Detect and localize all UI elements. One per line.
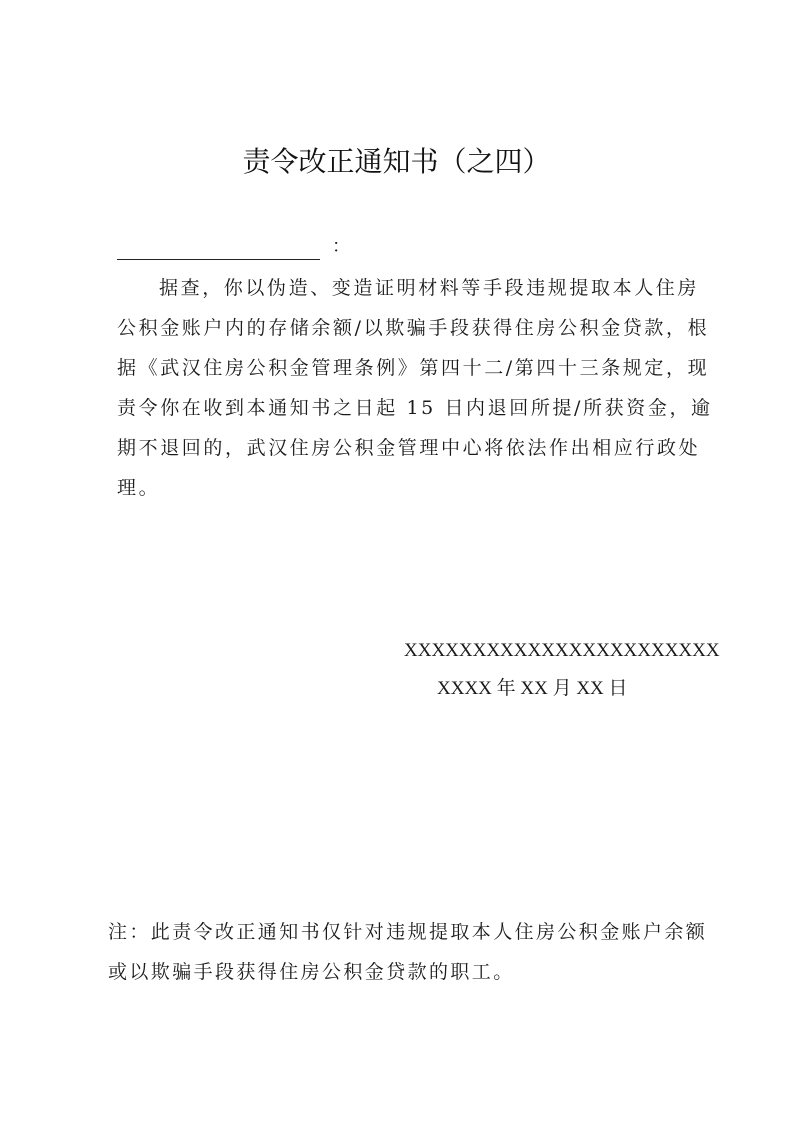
footnote-line: 注：此责令改正通知书仅针对违规提取本人住房公积金账户余额	[108, 912, 698, 952]
notice-body: 据查，你以伪造、变造证明材料等手段违规提取本人住房 公积金账户内的存储余额/以欺…	[117, 268, 695, 508]
body-line: 期不退回的，武汉住房公积金管理中心将依法作出相应行政处	[117, 428, 695, 468]
body-line: 理。	[117, 468, 695, 508]
document-title: 责令改正通知书（之四）	[0, 140, 793, 184]
issuing-organization: XXXXXXXXXXXXXXXXXXXXXXX	[404, 632, 644, 670]
signature-block: XXXXXXXXXXXXXXXXXXXXXXX XXXX 年 XX 月 XX 日	[404, 632, 644, 708]
body-line: 公积金账户内的存储余额/以欺骗手段获得住房公积金贷款，根	[117, 308, 695, 348]
addressee-blank-field	[117, 235, 320, 260]
addressee-line: ：	[117, 232, 350, 260]
addressee-colon: ：	[332, 234, 350, 260]
body-line: 责令你在收到本通知书之日起 15 日内退回所提/所获资金，逾	[117, 388, 695, 428]
issue-date: XXXX 年 XX 月 XX 日	[404, 670, 644, 708]
body-line: 据《武汉住房公积金管理条例》第四十二/第四十三条规定，现	[117, 348, 695, 388]
footnote-line: 或以欺骗手段获得住房公积金贷款的职工。	[108, 952, 698, 992]
footnote: 注：此责令改正通知书仅针对违规提取本人住房公积金账户余额 或以欺骗手段获得住房公…	[108, 912, 698, 992]
body-line: 据查，你以伪造、变造证明材料等手段违规提取本人住房	[117, 268, 695, 308]
